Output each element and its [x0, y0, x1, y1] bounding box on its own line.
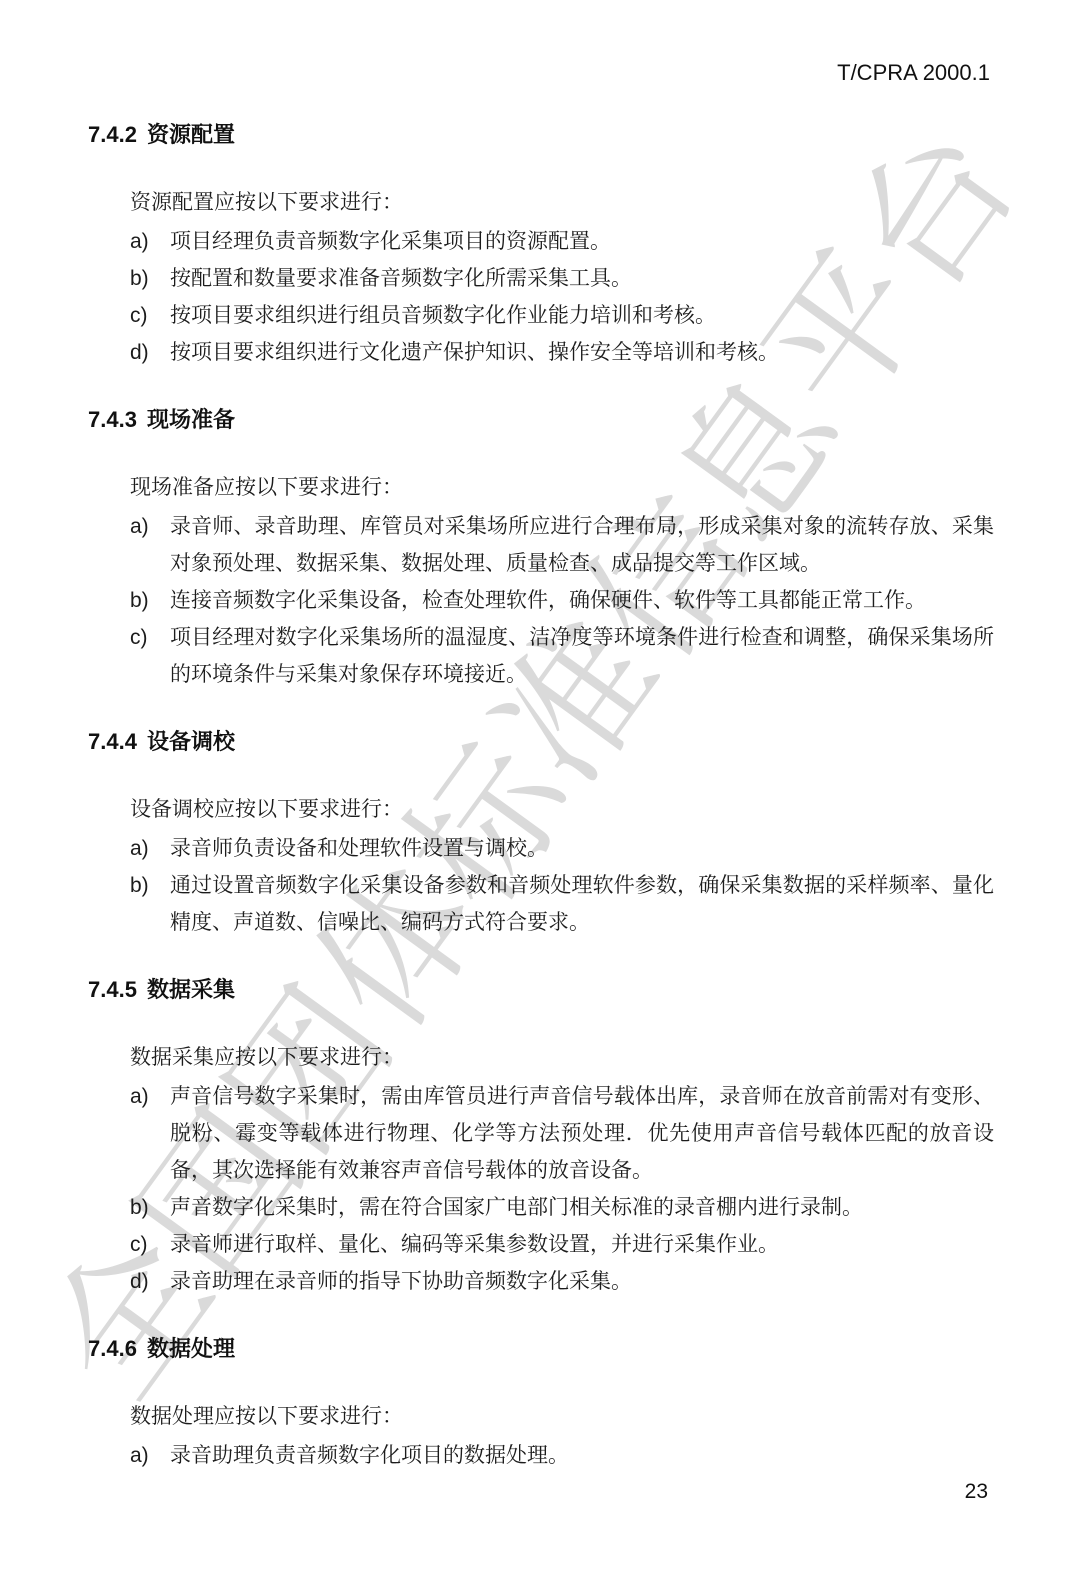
document-section: 7.4.5数据采集 数据采集应按以下要求进行： a) 声音信号数字采集时，需由库… [88, 977, 994, 1300]
section-heading: 7.4.5数据采集 [88, 977, 994, 1003]
document-section: 7.4.4设备调校 设备调校应按以下要求进行： a) 录音师负责设备和处理软件设… [88, 729, 994, 941]
item-marker: b) [130, 582, 170, 619]
section-title: 现场准备 [147, 407, 235, 432]
list-item: a) 声音信号数字采集时，需由库管员进行声音信号载体出库，录音师在放音前需对有变… [88, 1078, 994, 1189]
section-intro: 数据采集应按以下要求进行： [130, 1039, 994, 1076]
item-text: 录音助理负责音频数字化项目的数据处理。 [170, 1437, 994, 1474]
item-text: 通过设置音频数字化采集设备参数和音频处理软件参数，确保采集数据的采样频率、量化精… [170, 867, 994, 941]
item-list: a) 项目经理负责音频数字化采集项目的资源配置。 b) 按配置和数量要求准备音频… [88, 223, 994, 371]
item-marker: c) [130, 297, 170, 334]
item-text: 按项目要求组织进行文化遗产保护知识、操作安全等培训和考核。 [170, 334, 994, 371]
list-item: b) 通过设置音频数字化采集设备参数和音频处理软件参数，确保采集数据的采样频率、… [88, 867, 994, 941]
item-marker: b) [130, 260, 170, 297]
document-section: 7.4.6数据处理 数据处理应按以下要求进行： a) 录音助理负责音频数字化项目… [88, 1336, 994, 1474]
document-standard-number: T/CPRA 2000.1 [837, 60, 990, 86]
document-section: 7.4.3现场准备 现场准备应按以下要求进行： a) 录音师、录音助理、库管员对… [88, 407, 994, 693]
list-item: c) 按项目要求组织进行组员音频数字化作业能力培训和考核。 [88, 297, 994, 334]
list-item: a) 录音助理负责音频数字化项目的数据处理。 [88, 1437, 994, 1474]
item-text: 声音数字化采集时，需在符合国家广电部门相关标准的录音棚内进行录制。 [170, 1189, 994, 1226]
item-list: a) 录音师、录音助理、库管员对采集场所应进行合理布局，形成采集对象的流转存放、… [88, 508, 994, 693]
document-body: 7.4.2资源配置 资源配置应按以下要求进行： a) 项目经理负责音频数字化采集… [88, 122, 994, 1510]
page-number: 23 [965, 1480, 988, 1504]
item-marker: a) [130, 223, 170, 260]
list-item: a) 录音师负责设备和处理软件设置与调校。 [88, 830, 994, 867]
section-intro: 设备调校应按以下要求进行： [130, 791, 994, 828]
section-intro: 数据处理应按以下要求进行： [130, 1398, 994, 1435]
section-number: 7.4.3 [88, 407, 137, 432]
item-text: 项目经理负责音频数字化采集项目的资源配置。 [170, 223, 994, 260]
item-text: 按项目要求组织进行组员音频数字化作业能力培训和考核。 [170, 297, 994, 334]
item-marker: a) [130, 508, 170, 545]
item-text: 录音助理在录音师的指导下协助音频数字化采集。 [170, 1263, 994, 1300]
section-title: 资源配置 [147, 122, 235, 147]
document-section: 7.4.2资源配置 资源配置应按以下要求进行： a) 项目经理负责音频数字化采集… [88, 122, 994, 371]
section-number: 7.4.2 [88, 122, 137, 147]
item-text: 录音师、录音助理、库管员对采集场所应进行合理布局，形成采集对象的流转存放、采集对… [170, 508, 994, 582]
section-intro: 资源配置应按以下要求进行： [130, 184, 994, 221]
item-text: 录音师负责设备和处理软件设置与调校。 [170, 830, 994, 867]
section-heading: 7.4.3现场准备 [88, 407, 994, 433]
section-number: 7.4.4 [88, 729, 137, 754]
item-text: 连接音频数字化采集设备，检查处理软件，确保硬件、软件等工具都能正常工作。 [170, 582, 994, 619]
list-item: d) 按项目要求组织进行文化遗产保护知识、操作安全等培训和考核。 [88, 334, 994, 371]
section-intro: 现场准备应按以下要求进行： [130, 469, 994, 506]
list-item: b) 按配置和数量要求准备音频数字化所需采集工具。 [88, 260, 994, 297]
item-marker: b) [130, 867, 170, 904]
list-item: b) 声音数字化采集时，需在符合国家广电部门相关标准的录音棚内进行录制。 [88, 1189, 994, 1226]
item-text: 项目经理对数字化采集场所的温湿度、洁净度等环境条件进行检查和调整，确保采集场所的… [170, 619, 994, 693]
item-list: a) 声音信号数字采集时，需由库管员进行声音信号载体出库，录音师在放音前需对有变… [88, 1078, 994, 1300]
item-marker: a) [130, 1437, 170, 1474]
list-item: d) 录音助理在录音师的指导下协助音频数字化采集。 [88, 1263, 994, 1300]
section-title: 数据处理 [147, 1336, 235, 1361]
section-heading: 7.4.4设备调校 [88, 729, 994, 755]
section-heading: 7.4.6数据处理 [88, 1336, 994, 1362]
item-list: a) 录音师负责设备和处理软件设置与调校。 b) 通过设置音频数字化采集设备参数… [88, 830, 994, 941]
item-list: a) 录音助理负责音频数字化项目的数据处理。 [88, 1437, 994, 1474]
item-text: 按配置和数量要求准备音频数字化所需采集工具。 [170, 260, 994, 297]
section-title: 设备调校 [147, 729, 235, 754]
section-heading: 7.4.2资源配置 [88, 122, 994, 148]
list-item: b) 连接音频数字化采集设备，检查处理软件，确保硬件、软件等工具都能正常工作。 [88, 582, 994, 619]
section-number: 7.4.6 [88, 1336, 137, 1361]
item-marker: c) [130, 1226, 170, 1263]
list-item: c) 项目经理对数字化采集场所的温湿度、洁净度等环境条件进行检查和调整，确保采集… [88, 619, 994, 693]
item-marker: b) [130, 1189, 170, 1226]
item-text: 声音信号数字采集时，需由库管员进行声音信号载体出库，录音师在放音前需对有变形、脱… [170, 1078, 994, 1189]
list-item: c) 录音师进行取样、量化、编码等采集参数设置，并进行采集作业。 [88, 1226, 994, 1263]
item-marker: c) [130, 619, 170, 656]
section-title: 数据采集 [147, 977, 235, 1002]
item-marker: d) [130, 334, 170, 371]
item-marker: a) [130, 830, 170, 867]
list-item: a) 项目经理负责音频数字化采集项目的资源配置。 [88, 223, 994, 260]
item-text: 录音师进行取样、量化、编码等采集参数设置，并进行采集作业。 [170, 1226, 994, 1263]
item-marker: a) [130, 1078, 170, 1115]
section-number: 7.4.5 [88, 977, 137, 1002]
list-item: a) 录音师、录音助理、库管员对采集场所应进行合理布局，形成采集对象的流转存放、… [88, 508, 994, 582]
item-marker: d) [130, 1263, 170, 1300]
